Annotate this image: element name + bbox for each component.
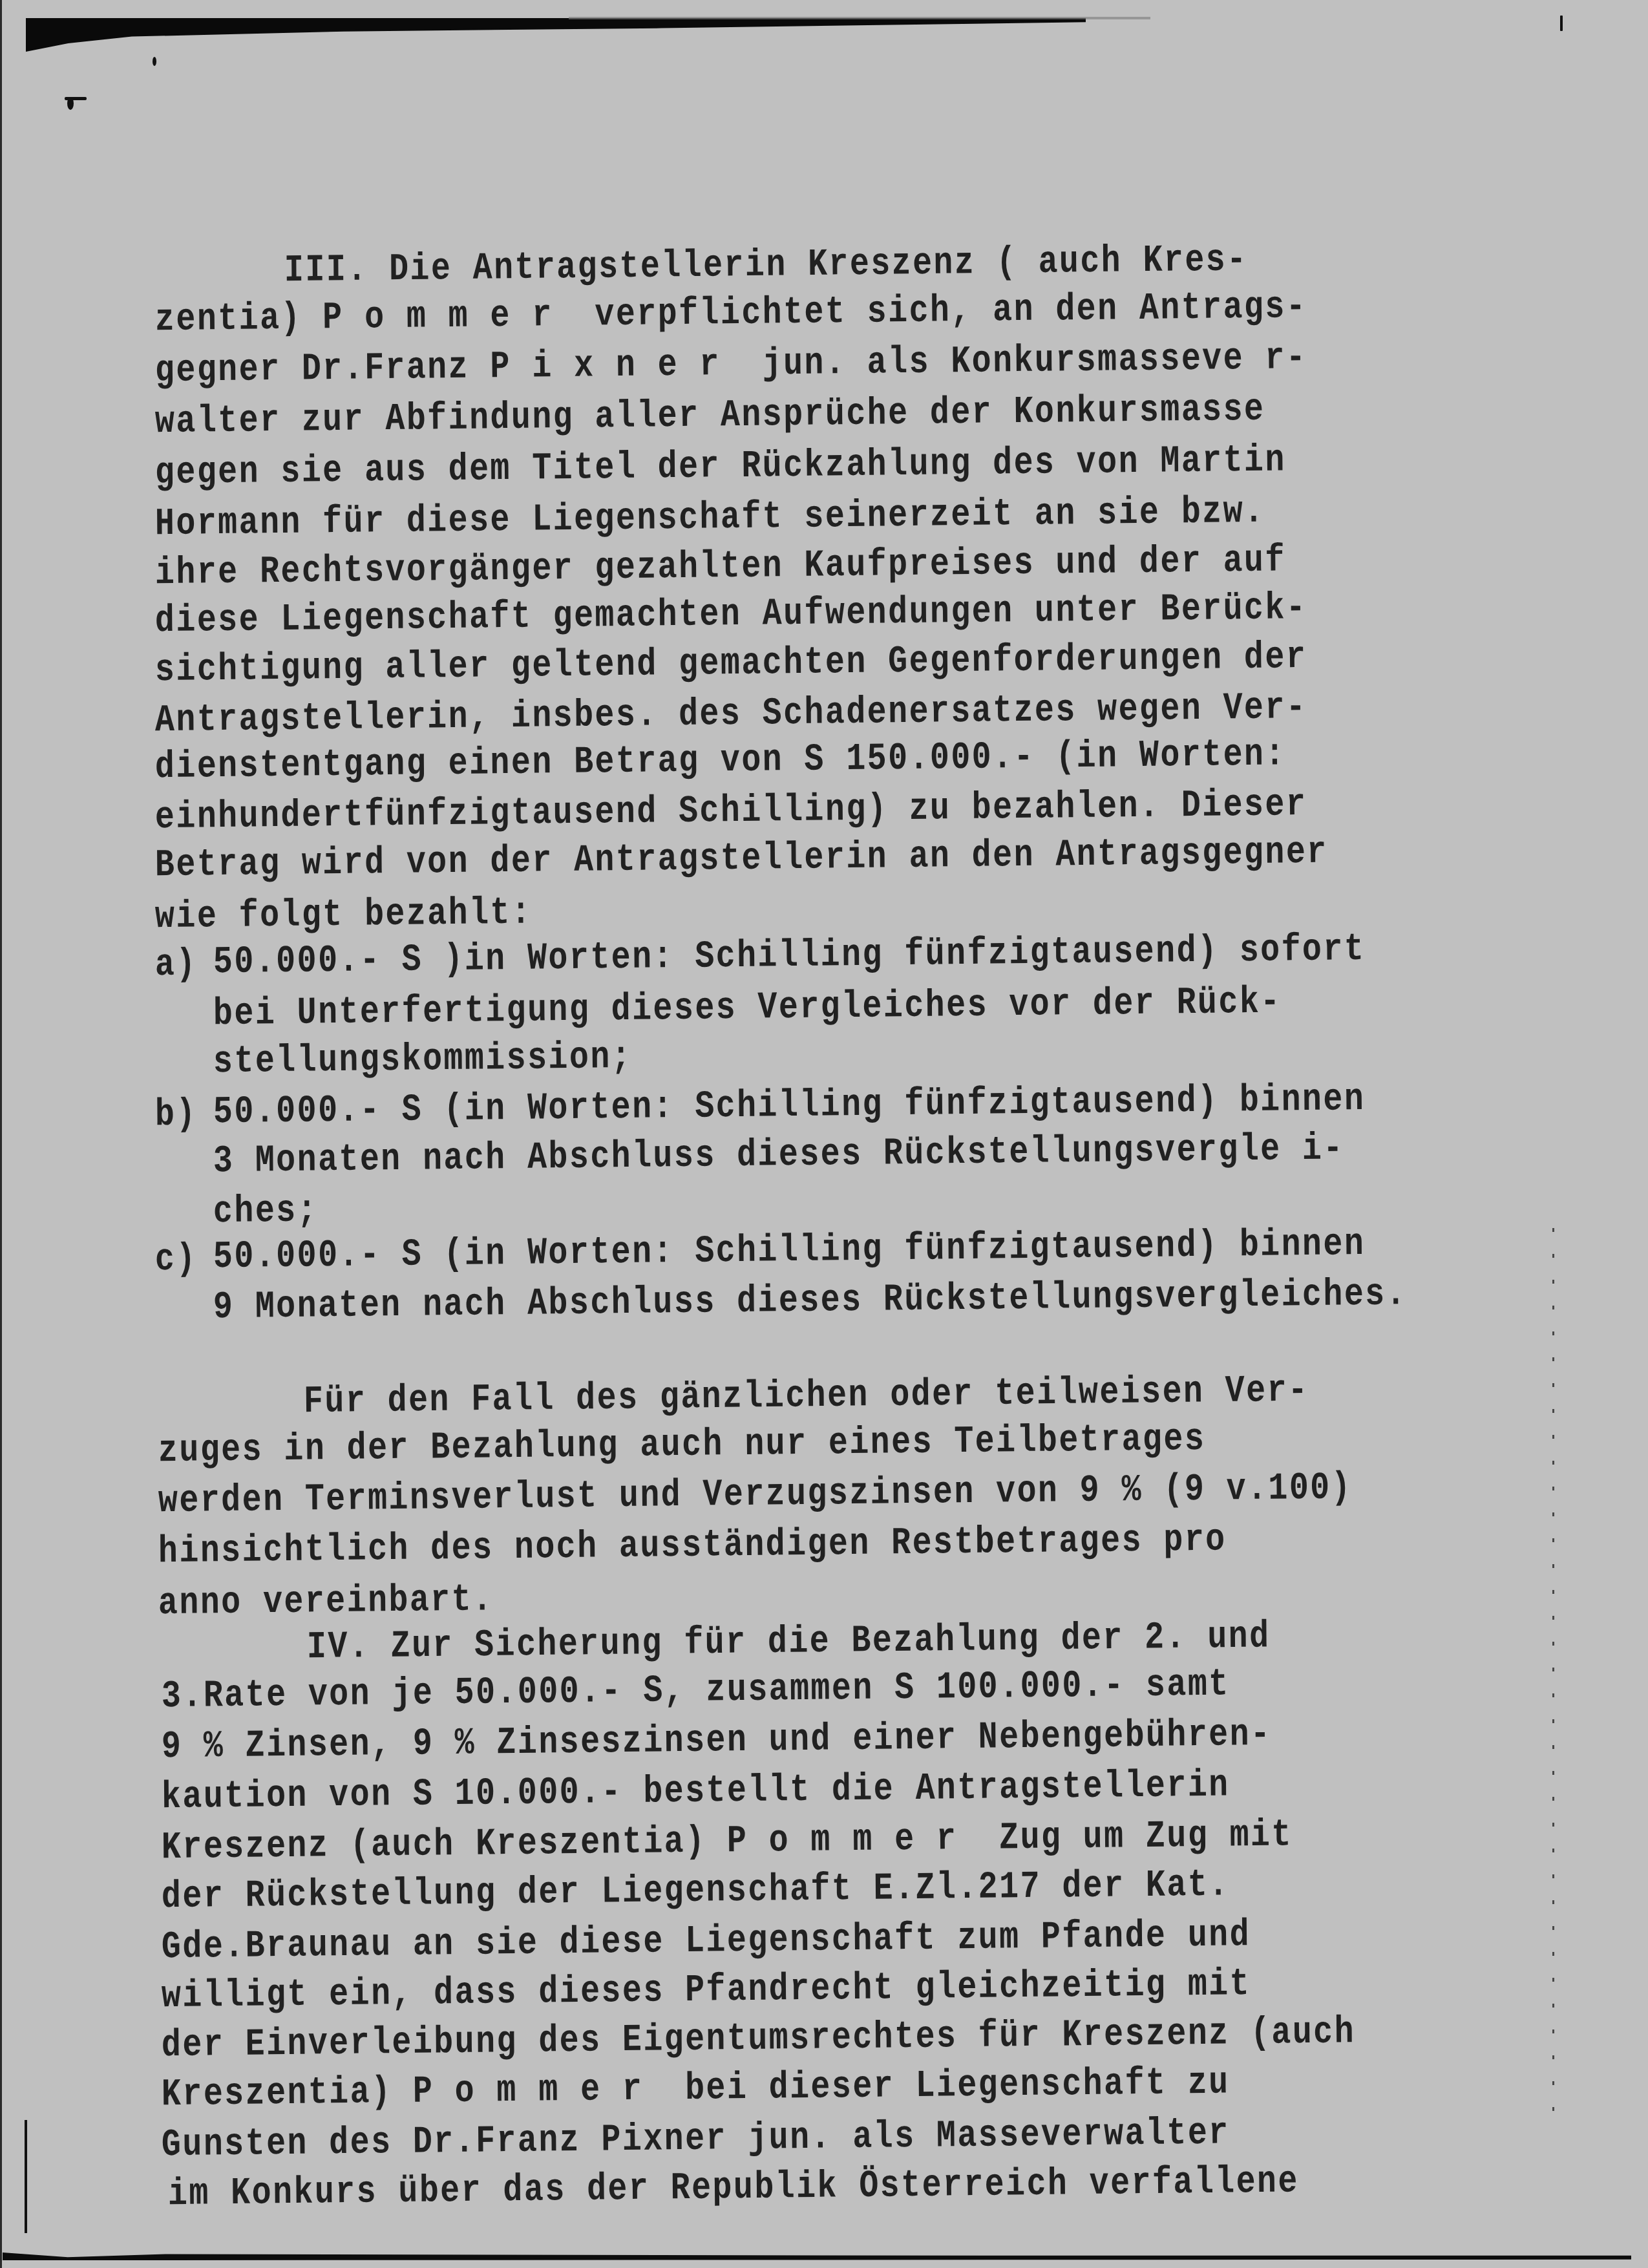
section-iv-line: kaution von S 10.000.- bestellt die Antr… (162, 1763, 1230, 1821)
installment-a-line: bei Unterfertigung dieses Vergleiches vo… (213, 980, 1282, 1038)
installment-b-line: 3 Monaten nach Abschluss dieses Rückstel… (213, 1127, 1344, 1185)
section-iv-line: der Einverleibung des Eigentumsrechtes f… (162, 2010, 1356, 2070)
section-iv-line: Gunsten des Dr.Franz Pixner jun. als Mas… (162, 2111, 1230, 2169)
section-iii-line: gegner Dr.Franz P i x n e r jun. als Kon… (155, 335, 1307, 394)
section-iii-line: walter zur Abfindung aller Ansprüche der… (155, 387, 1265, 445)
section-iv-line: im Konkurs über das der Republik Österre… (168, 2159, 1299, 2218)
installment-b-line: 50.000.- S (in Worten: Schilling fünfzig… (213, 1077, 1366, 1136)
section-iii-line: wie folgt bezahlt: (155, 891, 533, 940)
default-clause-line: werden Terminsverlust und Verzugszinsen … (158, 1466, 1353, 1525)
default-clause-line: zuges in der Bezahlung auch nur eines Te… (158, 1417, 1206, 1474)
default-clause-line: anno vereinbart. (158, 1578, 494, 1627)
section-iv-line: Kreszentia) P o m m e r bei dieser Liege… (162, 2061, 1230, 2119)
section-iii-line: gegen sie aus dem Titel der Rückzahlung … (155, 438, 1286, 497)
installment-c-line: 50.000.- S (in Worten: Schilling fünfzig… (213, 1222, 1366, 1280)
installment-label-b: b) (155, 1092, 197, 1139)
section-iv-line: Kreszenz (auch Kreszentia) P o m m e r Z… (162, 1813, 1293, 1872)
document-page: III. Die Antragstellerin Kreszenz ( auch… (0, 0, 1648, 2268)
installment-b-line: ches; (213, 1189, 319, 1236)
installment-label-a: a) (155, 942, 197, 989)
default-clause-line: hinsichtlich des noch ausständigen Restb… (158, 1518, 1227, 1576)
section-iv-line: willigt ein, dass dieses Pfandrecht glei… (162, 1962, 1251, 2020)
section-iii-line: Hormann für diese Liegenschaft seinerzei… (155, 489, 1265, 547)
section-iv-line: Gde.Braunau an sie diese Liegenschaft zu… (162, 1913, 1251, 1971)
section-iv-line: der Rückstellung der Liegenschaft E.Zl.2… (162, 1863, 1230, 1921)
installment-label-c: c) (155, 1237, 197, 1284)
section-iv-line: 3.Rate von je 50.000.- S, zusammen S 100… (162, 1662, 1230, 1721)
section-iii-line: III. Die Antragstellerin Kreszenz ( auch… (284, 238, 1248, 295)
section-iv-line: 9 % Zinsen, 9 % Zinseszinsen und einer N… (162, 1712, 1272, 1770)
installment-a-line: stellungskommission; (213, 1035, 633, 1085)
installment-c-line: 9 Monaten nach Abschluss dieses Rückstel… (213, 1272, 1408, 1331)
section-iii-line: sichtigung aller geltend gemachten Gegen… (155, 635, 1307, 694)
